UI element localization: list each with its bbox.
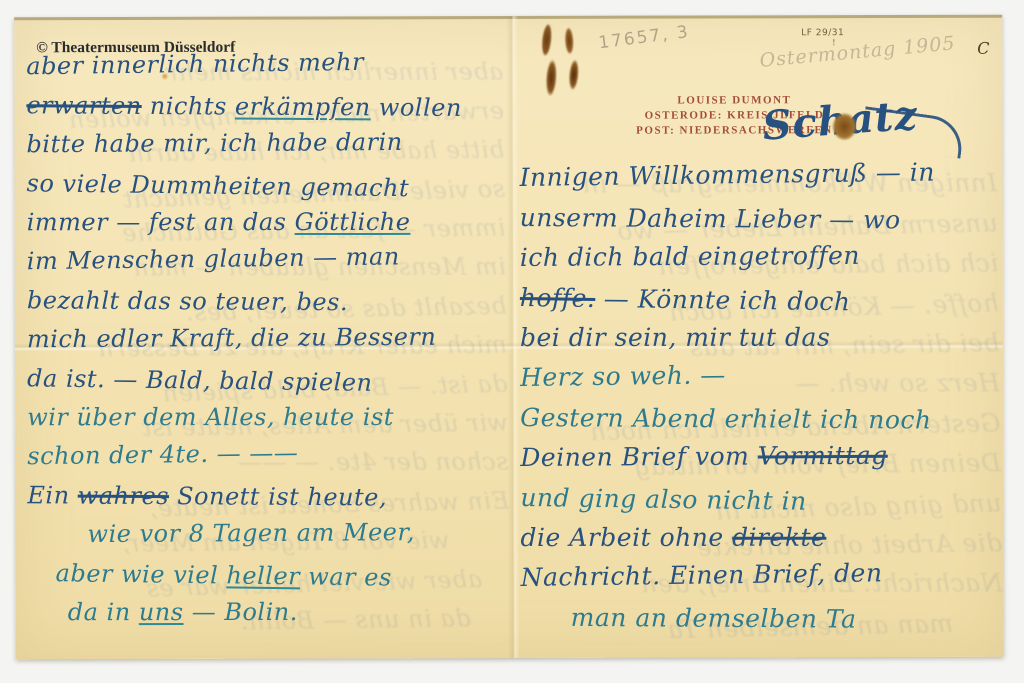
handwriting-line: ich dich bald eingetroffen — [518, 243, 998, 288]
bleed-through-ghost: aber innerlich nichts mehrerwarten nicht… — [23, 53, 511, 644]
handwriting-line: wie vor 8 Tagen am Meer, — [29, 521, 449, 564]
bleed-through-ghost: Innigen Willkommensgruß — inunserm Dahei… — [517, 163, 1003, 649]
letter-left-page: aber innerlich nichts mehrerwarten nicht… — [26, 16, 508, 659]
ink-blot-stain — [832, 113, 856, 140]
handwriting-line: Nachricht. Einen Brief, den — [522, 563, 1002, 604]
handwriting-line: Innigen Willkommensgruß — in — [517, 163, 997, 204]
letter-right-page: Innigen Willkommensgruß — inunserm Dahei… — [519, 15, 1001, 658]
handwriting-line: man an demselben Ta — [523, 604, 954, 653]
handwriting-line: da in uns — Bolin. — [30, 599, 471, 645]
handwriting-line: Deinen Brief vom Vormittag — [521, 443, 1001, 488]
scanned-letter-stage: © Theatermuseum Düsseldorf 17657, 3 LF 2… — [0, 0, 1024, 683]
paper-speck — [161, 73, 168, 80]
handwriting-line: Herz so weh. — — [520, 363, 1000, 404]
handwriting-line: schon der 4te. — —— — [28, 442, 508, 482]
letter-paper-sheet: © Theatermuseum Düsseldorf 17657, 3 LF 2… — [14, 15, 1004, 660]
handwriting-line: aber innerlich nichts mehr — [23, 53, 503, 93]
handwriting-line: bitte habe mir, ich habe darin — [24, 131, 504, 175]
handwriting-line: mich edler Kraft, die zu Bessern — [27, 325, 507, 369]
handwriting-line: im Menschen glauben — man — [26, 247, 506, 287]
